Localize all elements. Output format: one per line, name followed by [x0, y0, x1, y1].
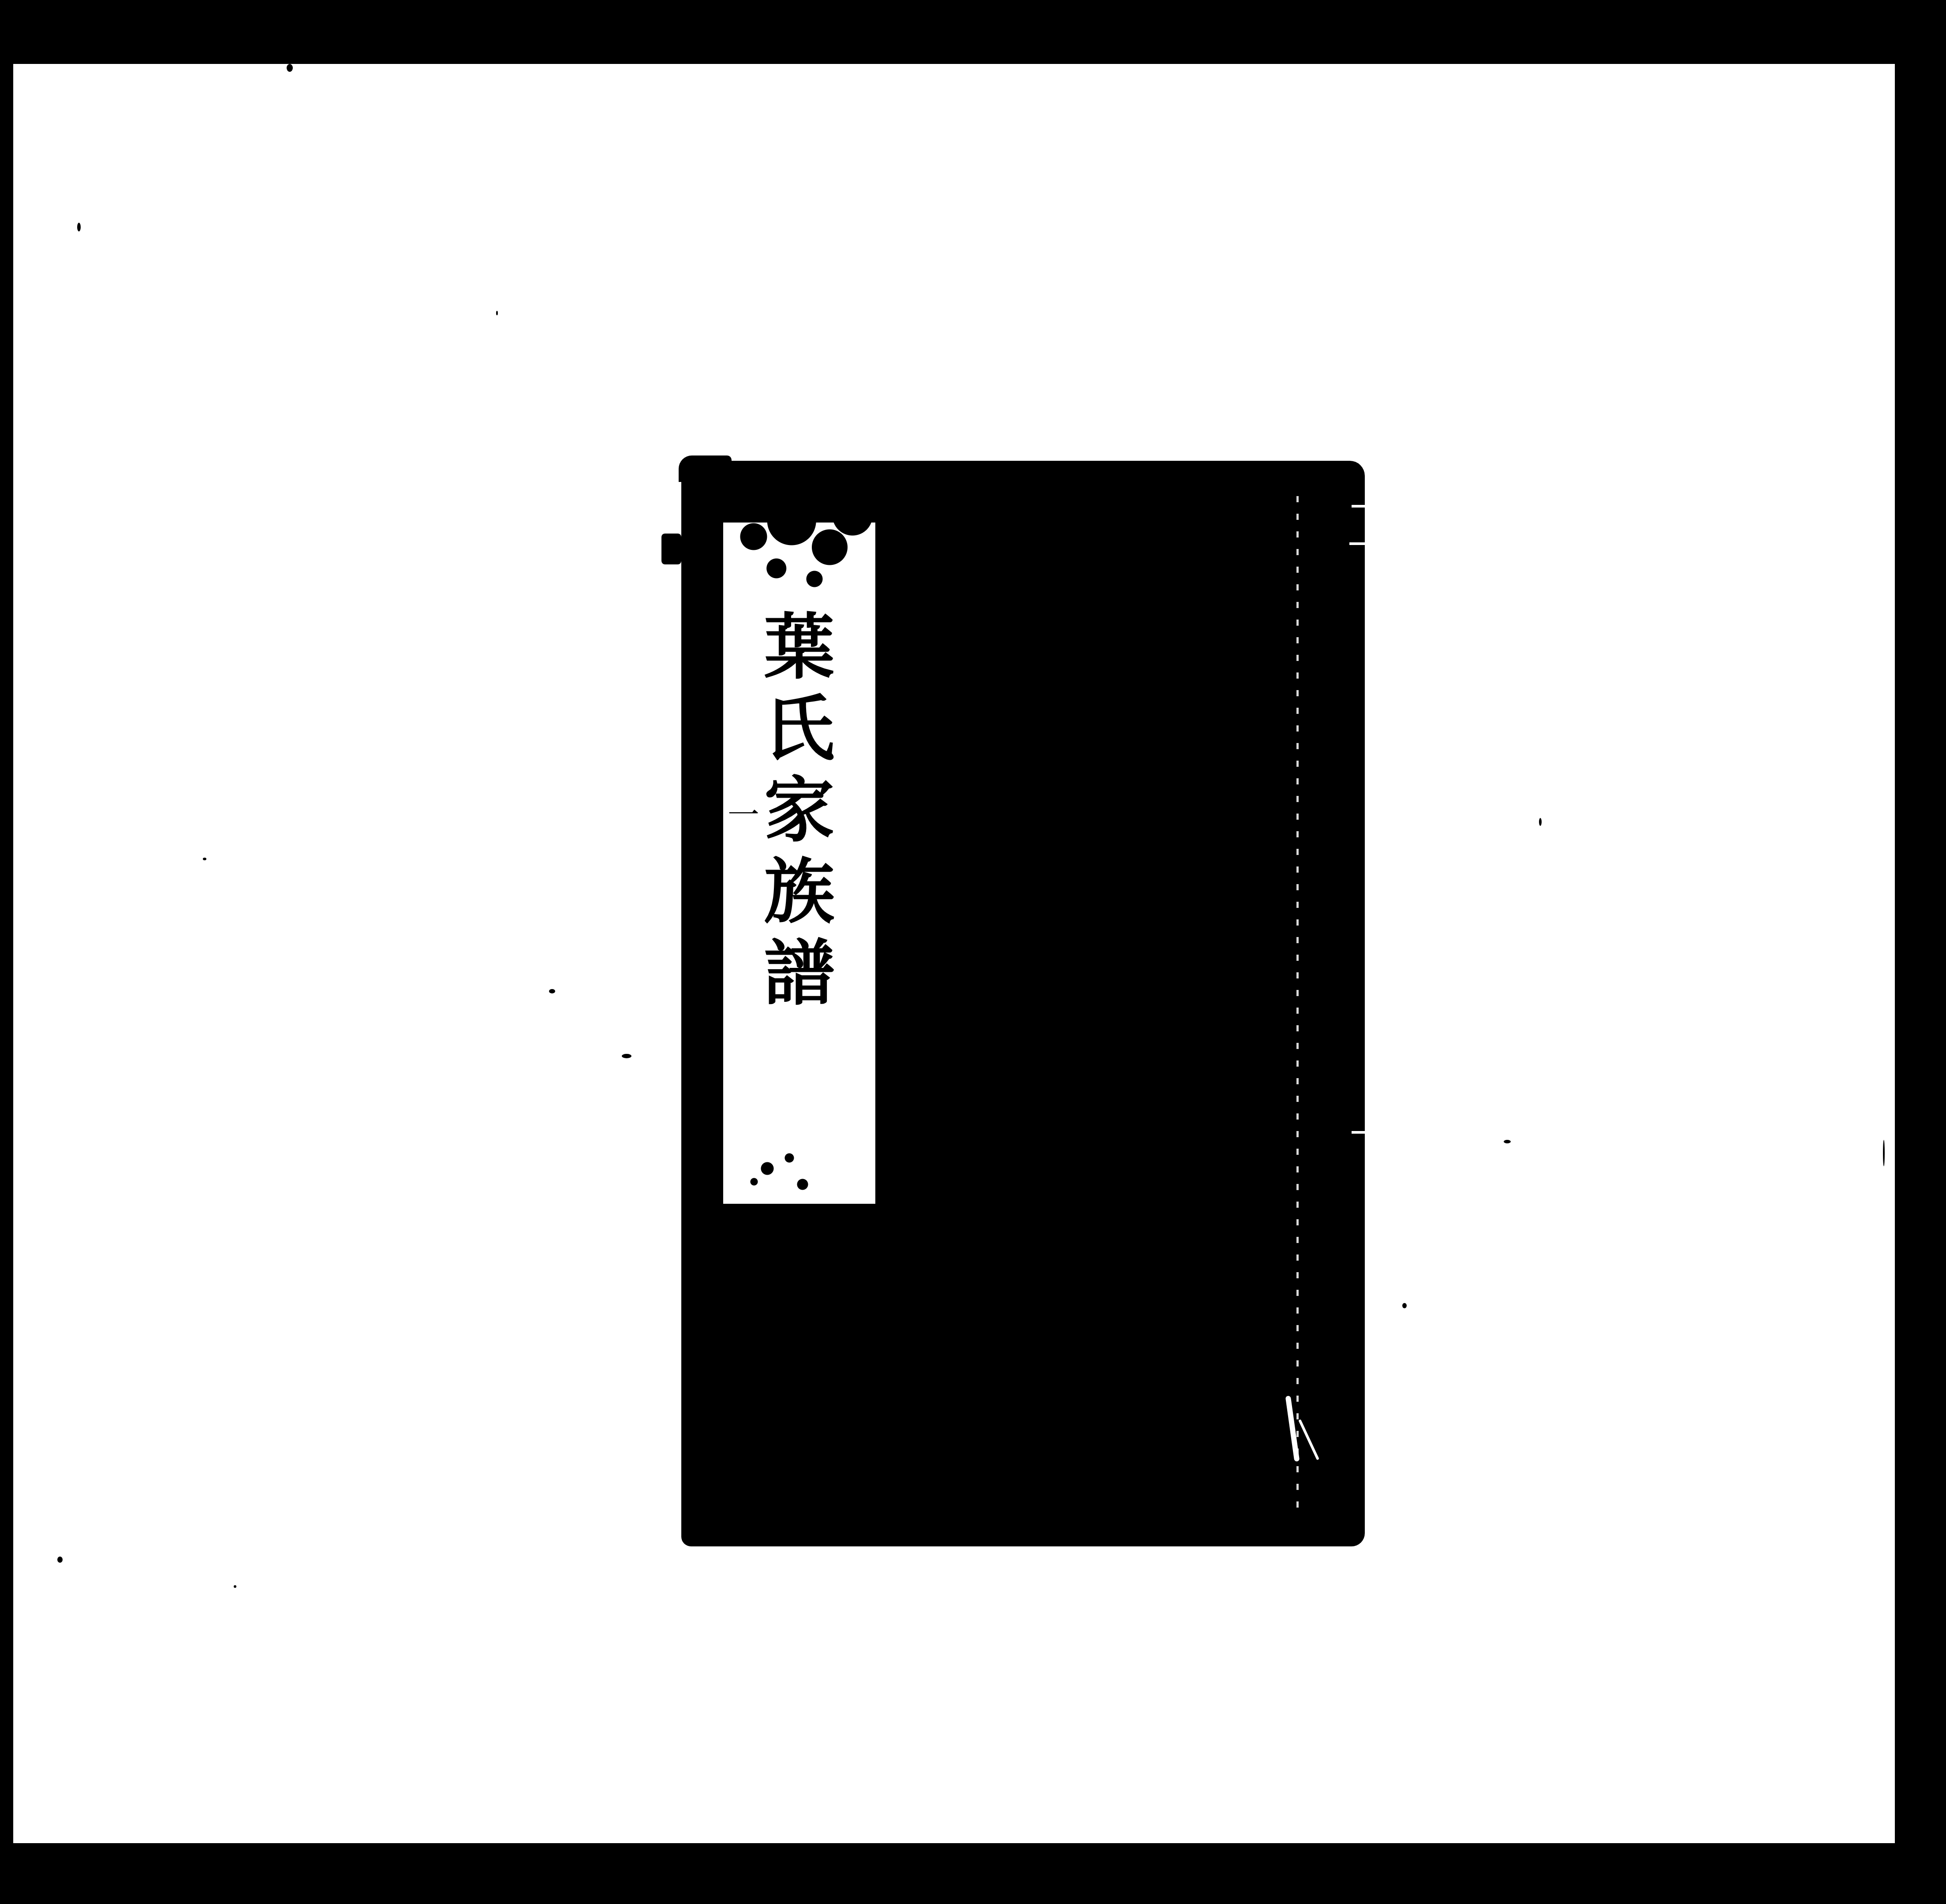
- title-char: 家: [764, 769, 834, 851]
- dust-speck: [77, 223, 81, 231]
- label-wear-damage: [741, 1142, 829, 1195]
- binding-thread: [1298, 1419, 1319, 1460]
- label-wear-damage: [723, 505, 875, 611]
- page-edge-nick: [1352, 1131, 1369, 1134]
- dust-speck: [549, 989, 555, 993]
- title-label: 葉 氏 家 族 譜 一: [723, 505, 875, 1204]
- dust-speck: [287, 64, 293, 72]
- dust-speck: [496, 311, 498, 315]
- dust-speck: [57, 1557, 63, 1563]
- binding-spine-line: [1296, 496, 1299, 1510]
- title-char: 葉: [764, 606, 834, 688]
- page-edge-nick: [1349, 542, 1367, 545]
- dust-speck: [234, 1585, 236, 1588]
- volume-number: 一: [728, 789, 759, 835]
- dust-speck: [1504, 1140, 1511, 1143]
- book-cover: 葉 氏 家 族 譜 一: [681, 461, 1365, 1546]
- title-char: 氏: [764, 688, 834, 769]
- dust-speck: [1896, 1561, 1899, 1565]
- dust-speck: [203, 858, 206, 860]
- dust-speck: [622, 1054, 631, 1058]
- dust-speck: [1883, 1140, 1885, 1166]
- cover-edge-tab: [661, 534, 681, 564]
- title-char: 族: [764, 851, 834, 933]
- page-edge-nick: [1352, 505, 1369, 508]
- dust-speck: [1402, 1303, 1407, 1308]
- title-char: 譜: [764, 933, 834, 1014]
- dust-speck: [1539, 818, 1542, 826]
